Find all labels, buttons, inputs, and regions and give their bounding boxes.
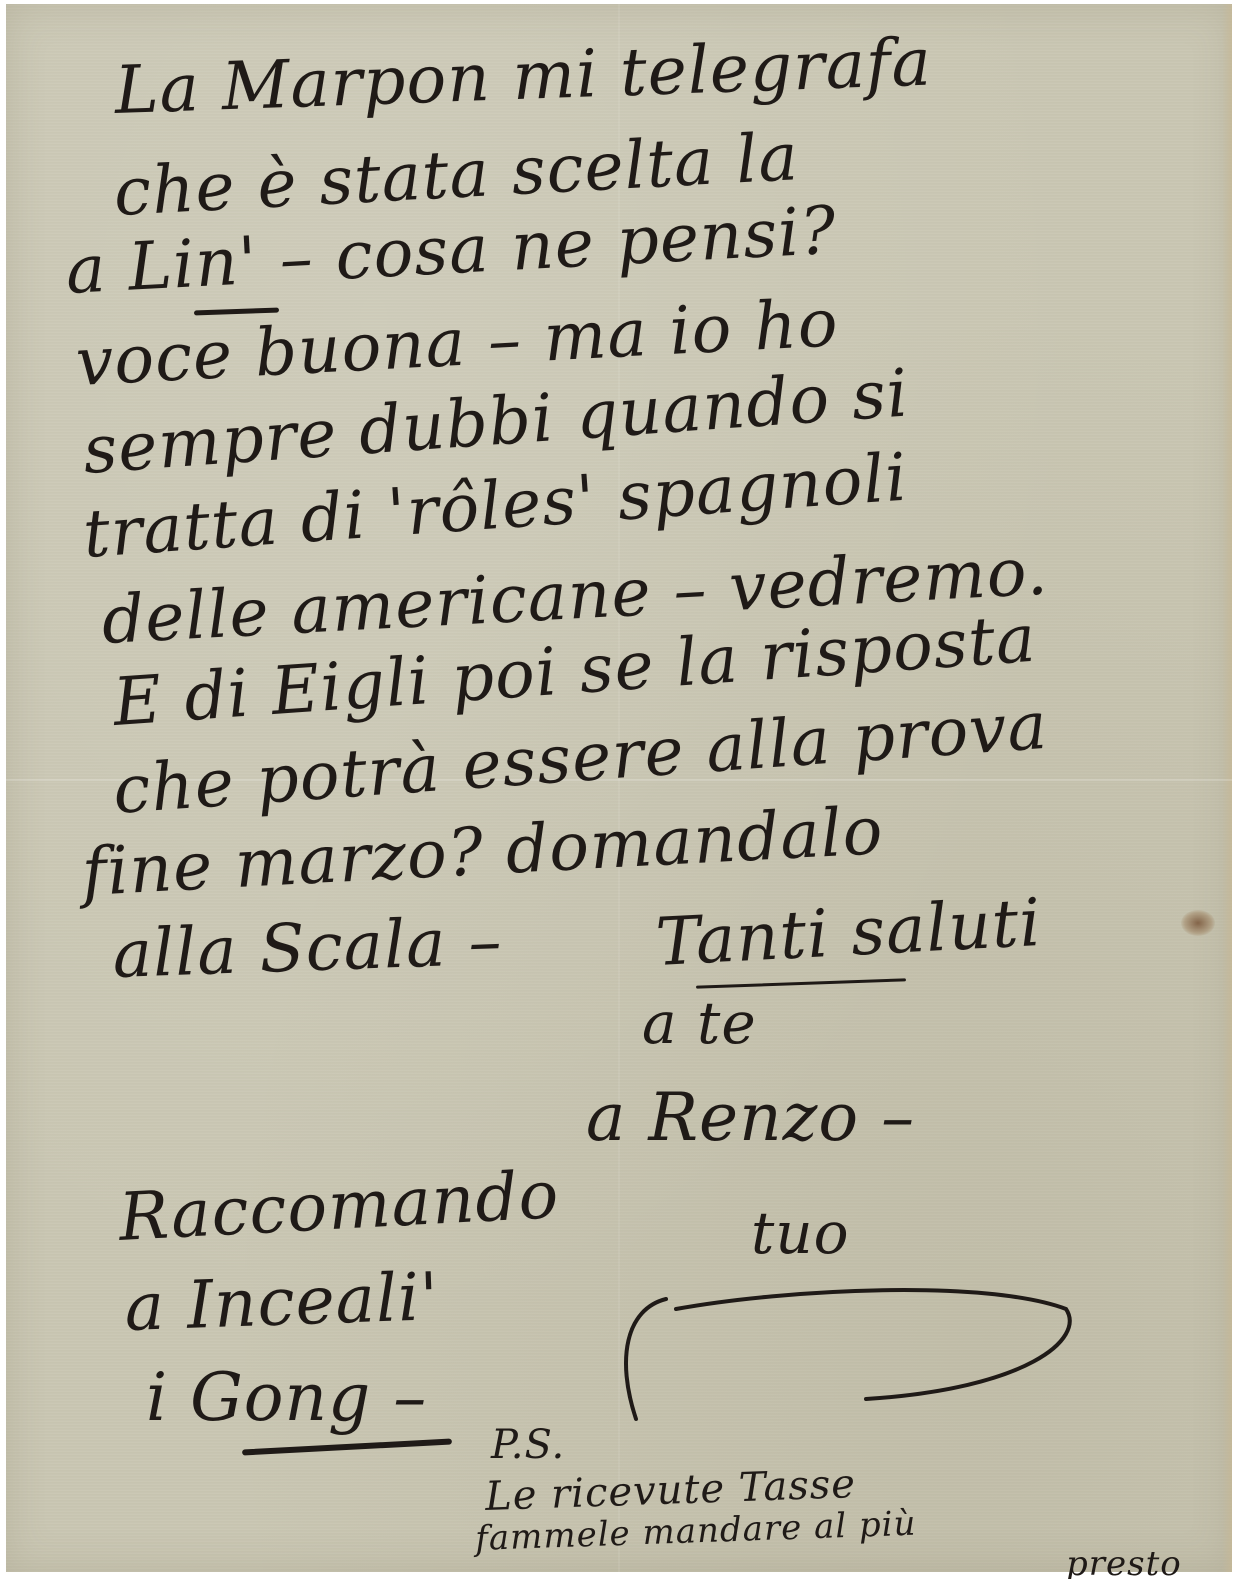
request-line: Raccomando (117, 1156, 561, 1256)
request-line: a Inceali' (123, 1258, 440, 1346)
ps-line: presto (1066, 1544, 1182, 1579)
letter-line: alla Scala – (111, 902, 503, 993)
ink-stain (1181, 910, 1215, 936)
request-line: tuo (751, 1199, 850, 1267)
ps-label: P.S. (491, 1422, 565, 1468)
underline-mark (696, 978, 906, 988)
closing-line: Tanti saluti (654, 884, 1043, 981)
paper-edge (1222, 4, 1232, 1572)
closing-line: a Renzo – (586, 1079, 915, 1156)
underline-mark (242, 1439, 452, 1456)
letter-line: La Marpon mi telegrafa (113, 24, 933, 129)
request-line: i Gong – (146, 1359, 427, 1436)
closing-line: a te (642, 989, 757, 1057)
letter-sheet: La Marpon mi telegrafa che è stata scelt… (6, 4, 1232, 1572)
